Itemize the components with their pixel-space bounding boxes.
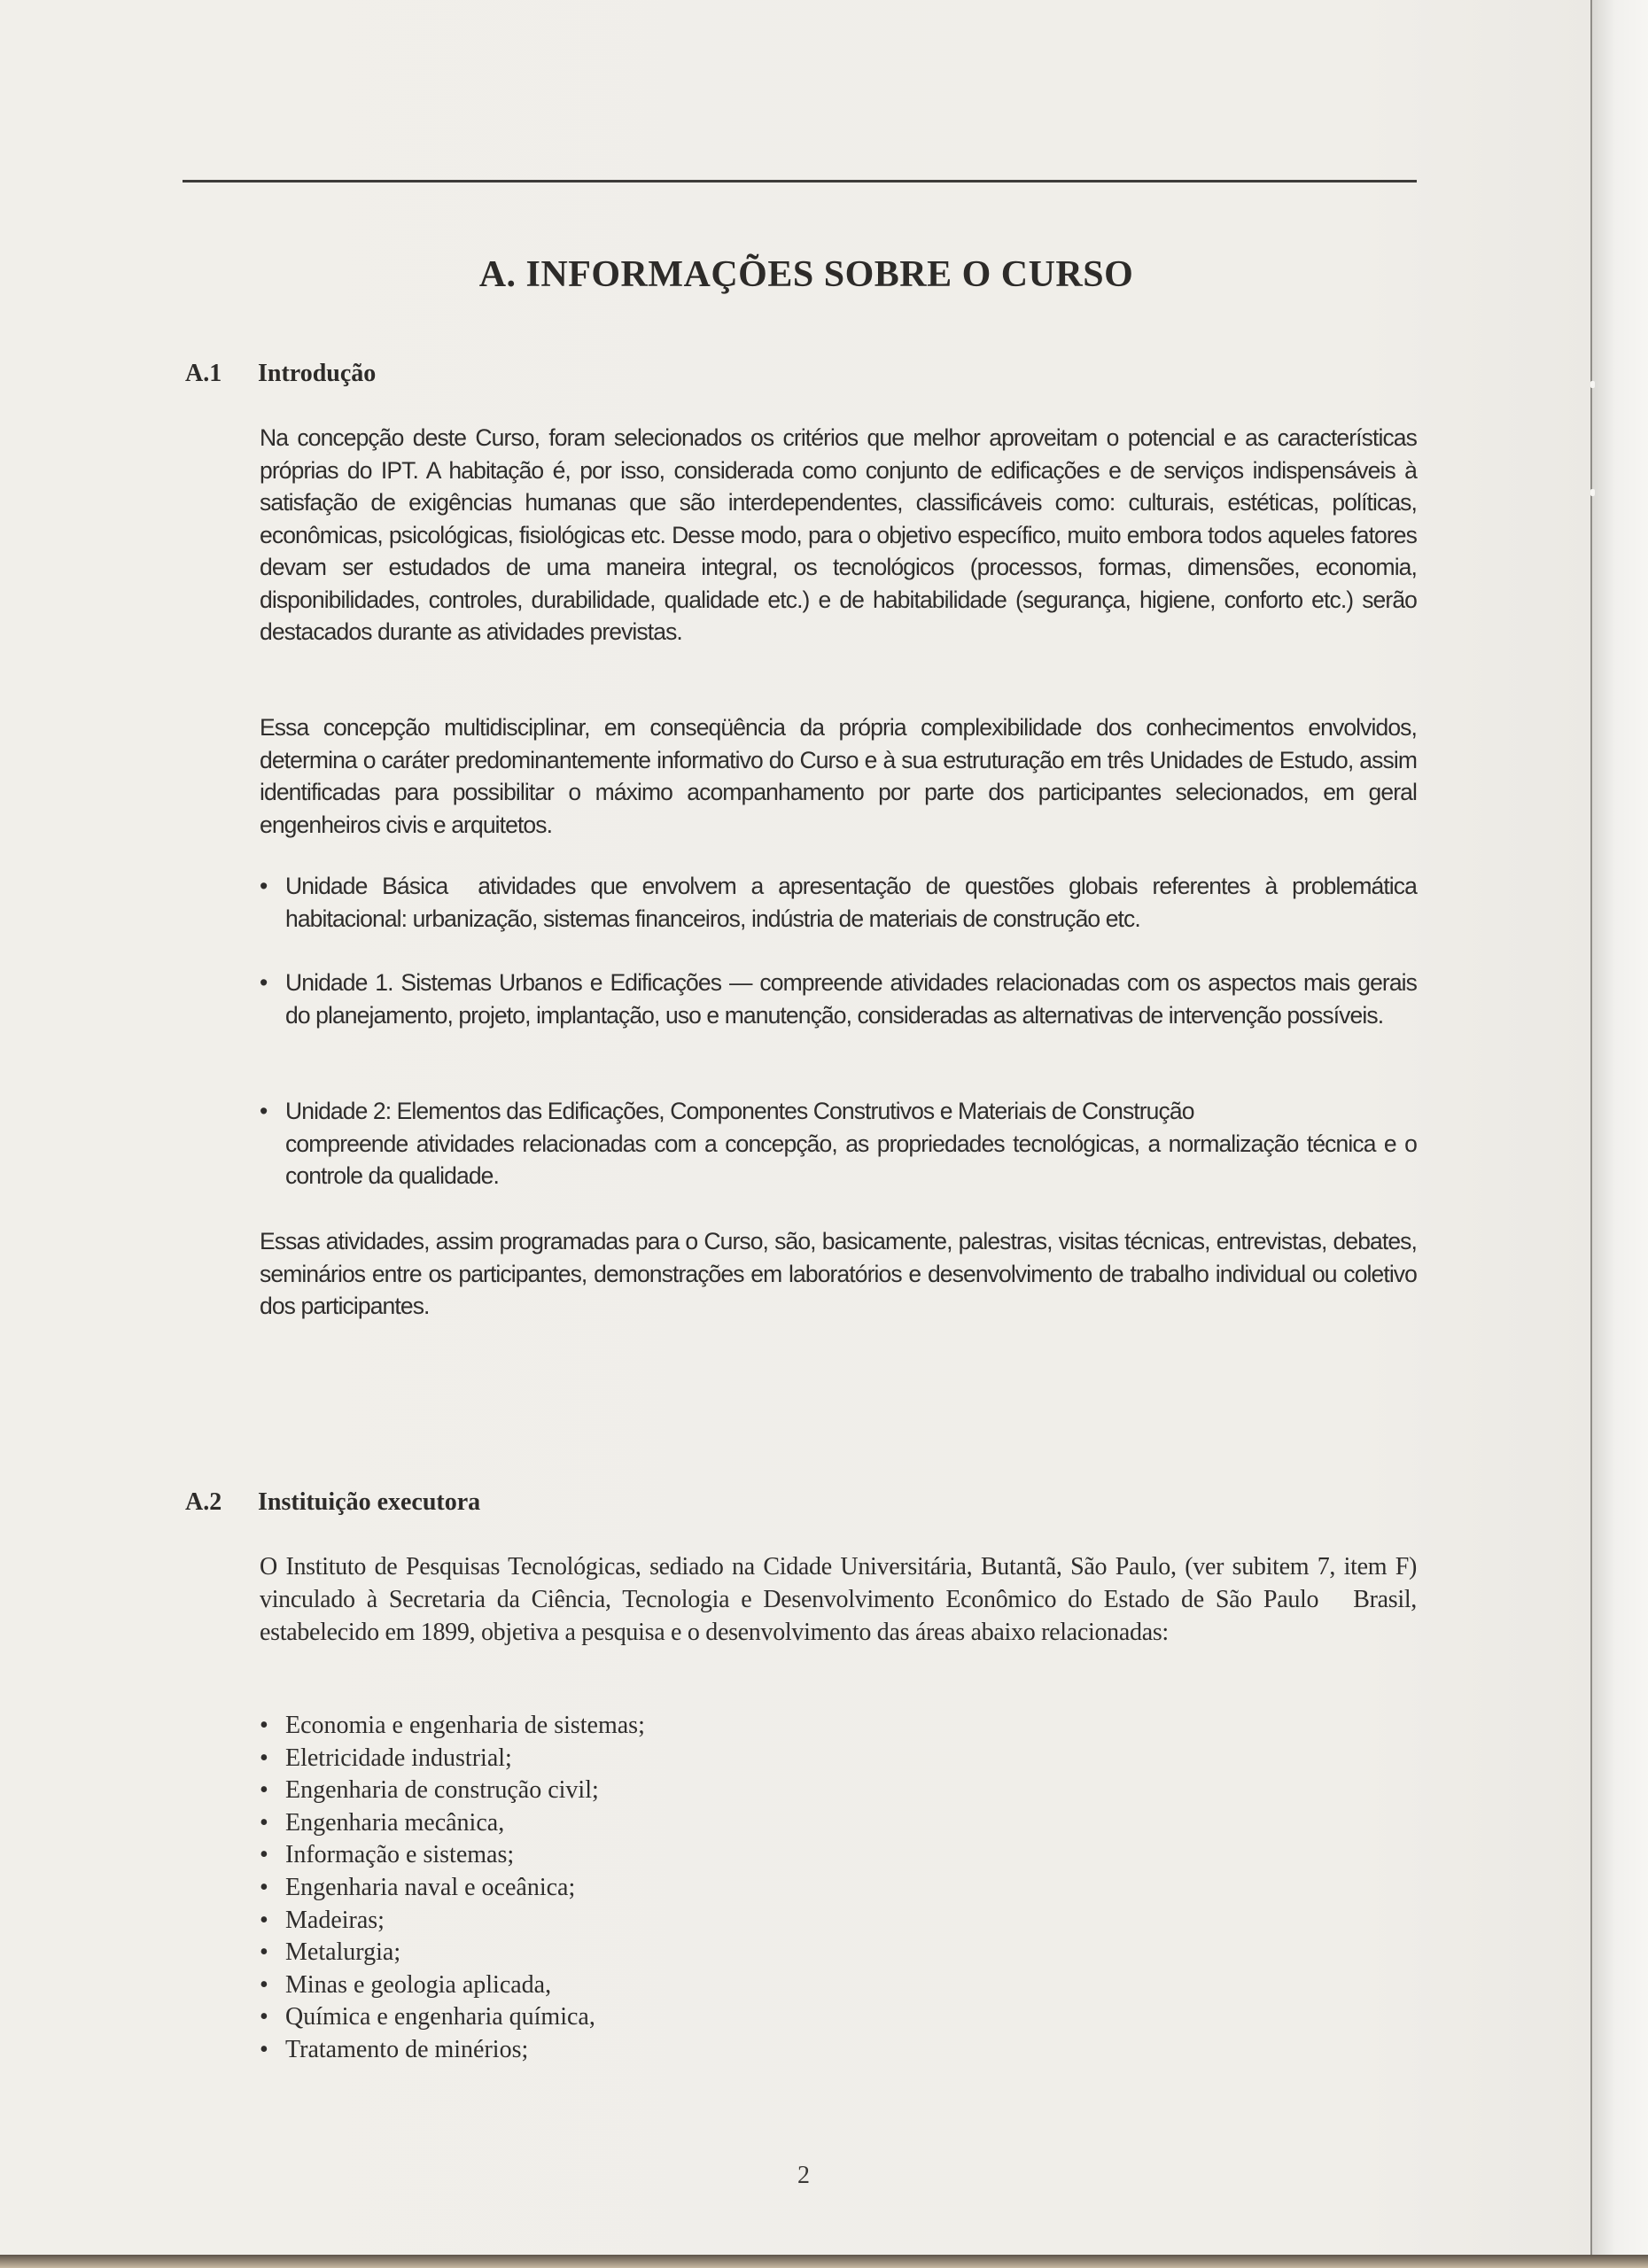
- list-item: •Eletricidade industrial;: [260, 1743, 645, 1775]
- next-page-edge: [1590, 0, 1648, 2255]
- binding-staple: [1590, 489, 1595, 496]
- research-areas-list: •Economia e engenharia de sistemas; •Ele…: [260, 1710, 645, 2067]
- bullet-icon: •: [260, 1095, 279, 1128]
- unit-name: Unidade 2: Elementos das Edificações, Co…: [285, 1098, 1194, 1124]
- section-title: Instituição executora: [258, 1488, 480, 1516]
- page-number: 2: [797, 2162, 810, 2190]
- page-title: A. INFORMAÇÕES SOBRE O CURSO: [0, 253, 1613, 296]
- bullet-icon: •: [260, 1710, 268, 1743]
- bullet-icon: •: [260, 1905, 268, 1938]
- area-label: Economia e engenharia de sistemas;: [285, 1712, 645, 1739]
- bullet-icon: •: [260, 1839, 268, 1872]
- unit-item-2: • Unidade 2: Elementos das Edificações, …: [260, 1095, 1417, 1192]
- header-rule: [183, 180, 1417, 183]
- list-item: •Engenharia mecânica,: [260, 1807, 645, 1840]
- area-label: Tratamento de minérios;: [285, 2036, 528, 2063]
- area-label: Engenharia mecânica,: [285, 1809, 504, 1837]
- area-label: Minas e geologia aplicada,: [285, 1971, 551, 1999]
- area-label: Madeiras;: [285, 1907, 385, 1934]
- bullet-icon: •: [260, 1969, 268, 2002]
- section-number: A.2: [185, 1488, 258, 1517]
- bullet-icon: •: [260, 2001, 268, 2034]
- institution-paragraph: O Instituto de Pesquisas Tecnológicas, s…: [260, 1550, 1417, 1649]
- bullet-icon: •: [260, 1807, 268, 1840]
- unit-item-basica: • Unidade Básicaatividades que envolvem …: [260, 870, 1417, 935]
- section-heading-introducao: A.1Introdução: [185, 360, 376, 388]
- page-bottom-edge: [0, 2255, 1648, 2268]
- area-label: Engenharia de construção civil;: [285, 1776, 599, 1804]
- bullet-icon: •: [260, 967, 279, 999]
- area-label: Química e engenharia química,: [285, 2003, 595, 2031]
- intro-closing-paragraph: Essas atividades, assim programadas para…: [260, 1225, 1417, 1323]
- list-item: •Metalurgia;: [260, 1937, 645, 1969]
- unit-name: Unidade Básica: [285, 873, 447, 899]
- unit-name: Unidade 1. Sistemas Urbanos e Edificaçõe…: [285, 969, 721, 996]
- list-item: •Tratamento de minérios;: [260, 2034, 645, 2067]
- intro-paragraph-1: Na concepção deste Curso, foram selecion…: [260, 422, 1417, 649]
- bullet-icon: •: [260, 870, 279, 903]
- bullet-icon: •: [260, 1775, 268, 1807]
- bullet-icon: •: [260, 2034, 268, 2067]
- unit-item-1: • Unidade 1. Sistemas Urbanos e Edificaç…: [260, 967, 1417, 1031]
- section-title: Introdução: [258, 360, 376, 387]
- list-item: •Engenharia de construção civil;: [260, 1775, 645, 1807]
- section-heading-instituicao: A.2Instituição executora: [185, 1488, 480, 1517]
- binding-staple: [1590, 381, 1595, 388]
- list-item: •Madeiras;: [260, 1905, 645, 1938]
- list-item: •Minas e geologia aplicada,: [260, 1969, 645, 2002]
- list-item: •Informação e sistemas;: [260, 1839, 645, 1872]
- document-page: A. INFORMAÇÕES SOBRE O CURSO A.1Introduç…: [0, 0, 1590, 2255]
- area-label: Informação e sistemas;: [285, 1841, 514, 1868]
- list-item: •Engenharia naval e oceânica;: [260, 1872, 645, 1905]
- bullet-icon: •: [260, 1872, 268, 1905]
- bullet-icon: •: [260, 1743, 268, 1775]
- area-label: Eletricidade industrial;: [285, 1744, 512, 1772]
- unit-description: compreende atividades relacionadas com a…: [285, 1130, 1417, 1190]
- list-item: •Economia e engenharia de sistemas;: [260, 1710, 645, 1743]
- intro-paragraph-2: Essa concepção multidisciplinar, em cons…: [260, 711, 1417, 841]
- bullet-icon: •: [260, 1937, 268, 1969]
- unit-description: atividades que envolvem a apresentação d…: [285, 873, 1417, 932]
- area-label: Engenharia naval e oceânica;: [285, 1874, 575, 1901]
- section-number: A.1: [185, 360, 258, 388]
- list-item: •Química e engenharia química,: [260, 2001, 645, 2034]
- area-label: Metalurgia;: [285, 1938, 400, 1966]
